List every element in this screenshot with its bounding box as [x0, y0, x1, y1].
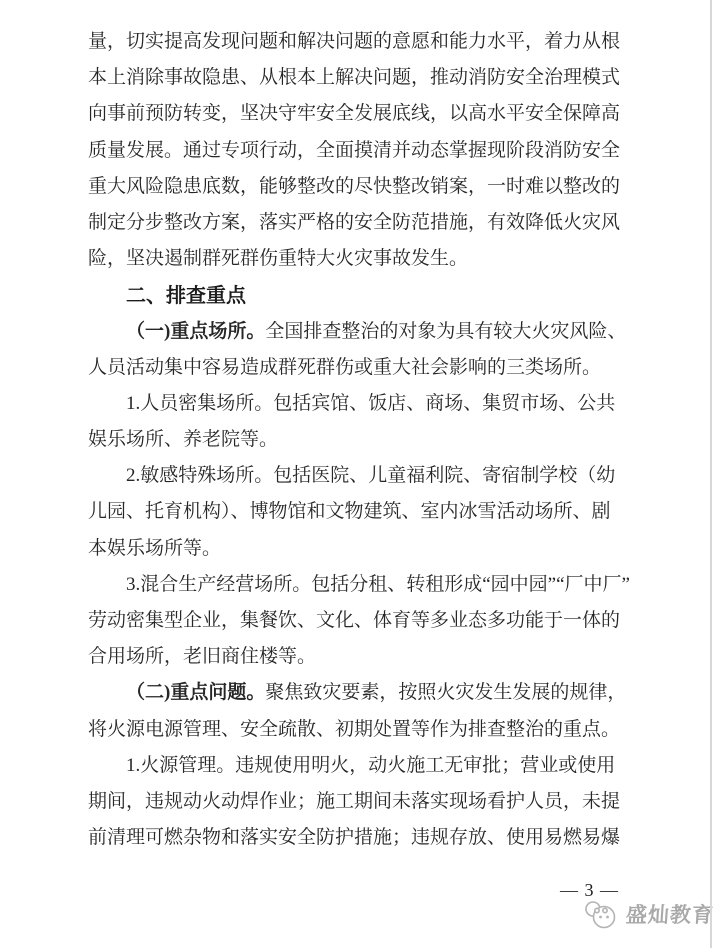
section-heading: 二、排查重点: [88, 277, 624, 313]
paragraph-lead: （二)重点问题。: [126, 682, 265, 703]
text-line: 重大风险隐患底数，能够整改的尽快整改销案，一时难以整改的: [88, 169, 624, 205]
text-line: 质量发展。通过专项行动，全面摸清并动态掌握现阶段消防安全: [88, 133, 624, 169]
text-line: 向事前预防转变，坚决守牢安全发展底线，以高水平安全保障高: [88, 96, 624, 132]
text-line: 1.火源管理。违规使用明火，动火施工无审批；营业或使用: [88, 748, 624, 784]
text-line: 量，切实提高发现问题和解决问题的意愿和能力水平，着力从根: [88, 24, 624, 60]
text-line: 2.敏感特殊场所。包括医院、儿童福利院、寄宿制学校（幼: [88, 458, 624, 494]
text-line: 前清理可燃杂物和落实安全防护措施；违规存放、使用易燃易爆: [88, 820, 624, 856]
text-line: 人员活动集中容易造成群死群伤或重大社会影响的三类场所。: [88, 350, 624, 386]
text-line: 制定分步整改方案，落实严格的安全防范措施，有效降低火灾风: [88, 205, 624, 241]
paragraph-lead: （一)重点场所。: [126, 321, 265, 342]
text-line: 娱乐场所、养老院等。: [88, 422, 624, 458]
watermark-brand-text: 盛灿教育: [625, 899, 714, 929]
text-line: 合用场所，老旧商住楼等。: [88, 639, 624, 675]
mascot-face-icon: [583, 898, 621, 930]
document-page: 量，切实提高发现问题和解决问题的意愿和能力水平，着力从根本上消除事故隐患、从根本…: [0, 0, 714, 948]
text-line: 本娱乐场所等。: [88, 531, 624, 567]
text-line: 险，坚决遏制群死群伤重特大火灾事故发生。: [88, 241, 624, 277]
text-line: 将火源电源管理、安全疏散、初期处置等作为排查整治的重点。: [88, 712, 624, 748]
paragraph-text: 聚焦致灾要素，按照火灾发生发展的规律，: [265, 682, 626, 703]
text-line: 劳动密集型企业，集餐饮、文化、体育等多业态多功能于一体的: [88, 603, 624, 639]
text-line: 1.人员密集场所。包括宾馆、饭店、商场、集贸市场、公共: [88, 386, 624, 422]
text-line: 3.混合生产经营场所。包括分租、转租形成“园中园”“厂中厂”: [88, 567, 624, 603]
paragraph-text: 全国排查整治的对象为具有较大火灾风险、: [265, 321, 626, 342]
text-block: 量，切实提高发现问题和解决问题的意愿和能力水平，着力从根本上消除事故隐患、从根本…: [88, 24, 624, 856]
watermark: 盛灿教育: [583, 898, 714, 930]
page-edge-line: [710, 0, 712, 948]
text-line: （一)重点场所。全国排查整治的对象为具有较大火灾风险、: [88, 314, 624, 350]
text-line: （二)重点问题。聚焦致灾要素，按照火灾发生发展的规律，: [88, 675, 624, 711]
text-line: 期间，违规动火动焊作业；施工期间未落实现场看护人员，未提: [88, 784, 624, 820]
text-line: 儿园、托育机构）、博物馆和文物建筑、室内冰雪活动场所、剧: [88, 494, 624, 530]
text-line: 本上消除事故隐患、从根本上解决问题，推动消防安全治理模式: [88, 60, 624, 96]
